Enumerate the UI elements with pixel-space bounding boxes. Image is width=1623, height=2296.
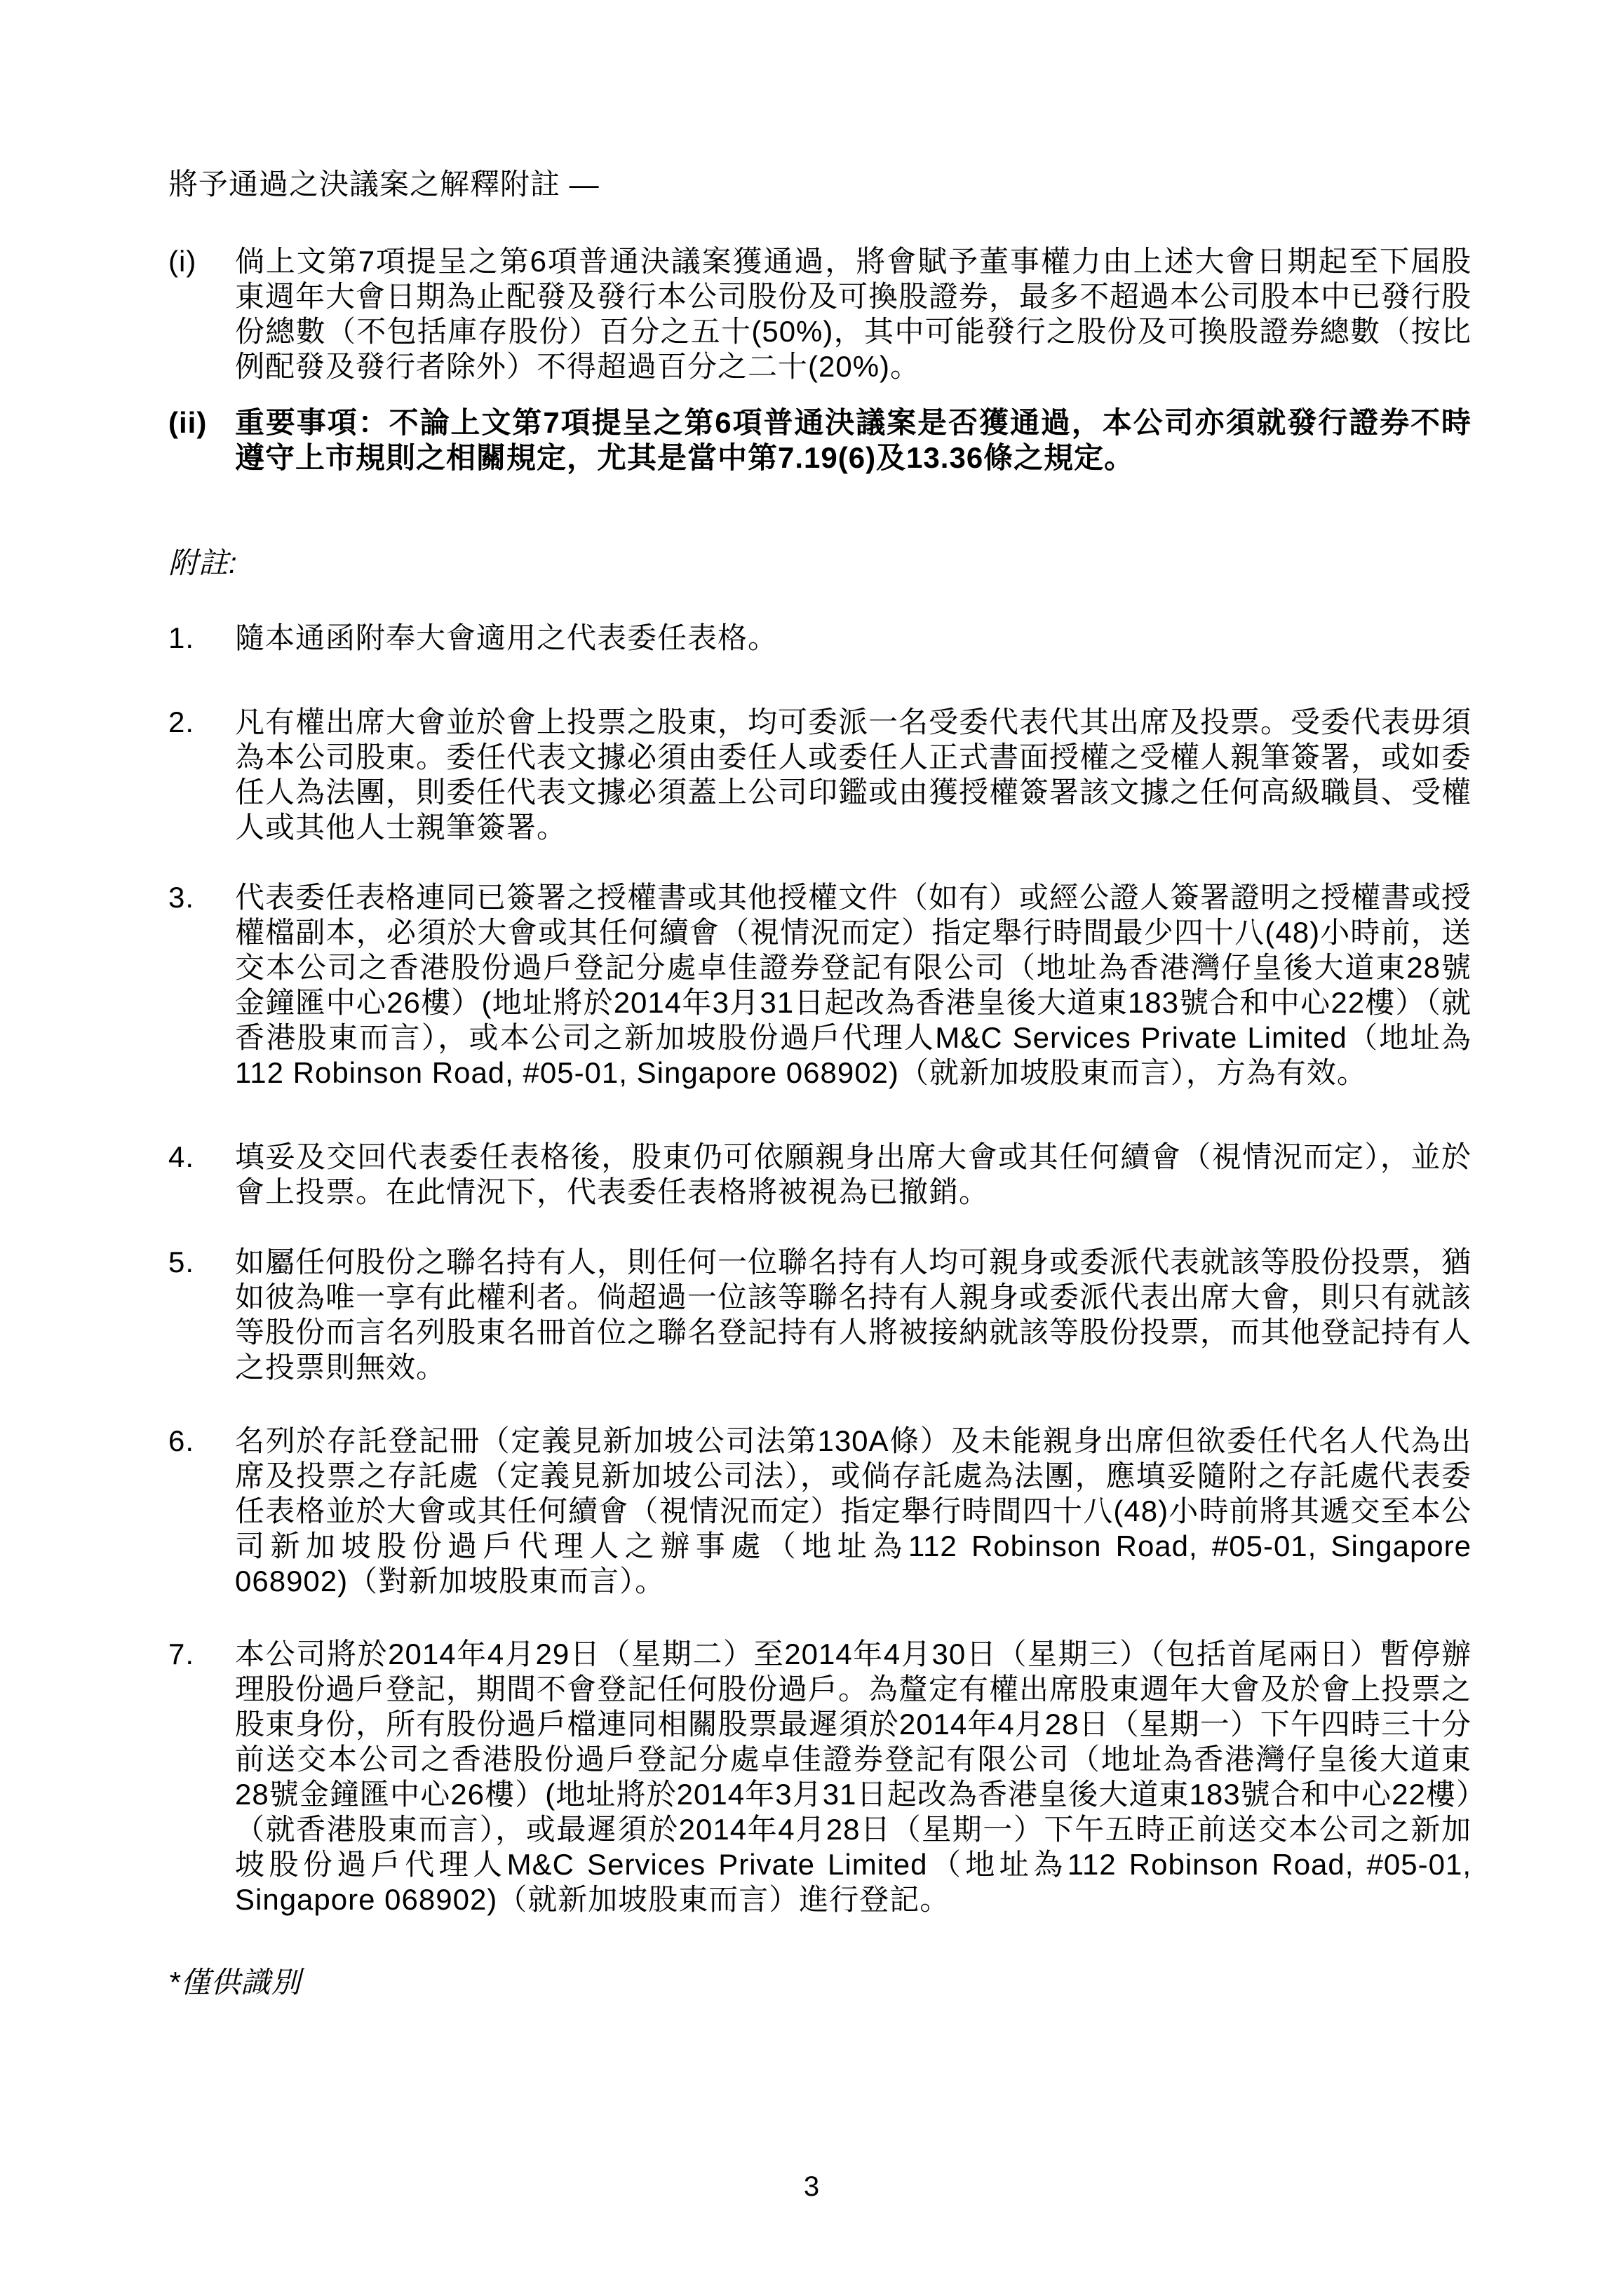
note-item-3-text: 代表委任表格連同已簽署之授權書或其他授權文件（如有）或經公證人簽署證明之授權書或… [235,880,1472,1090]
note-item-5-number: 5. [168,1245,235,1280]
note-item-2: 2. 凡有權出席大會並於會上投票之股東，均可委派一名受委代表代其出席及投票。受委… [168,705,1472,845]
resolution-note-ii-text: 重要事項：不論上文第7項提呈之第6項普通決議案是否獲通過，本公司亦須就發行證券不… [235,405,1472,475]
note-item-2-text: 凡有權出席大會並於會上投票之股東，均可委派一名受委代表代其出席及投票。受委代表毋… [235,705,1472,845]
note-item-5-text: 如屬任何股份之聯名持有人，則任何一位聯名持有人均可親身或委派代表就該等股份投票，… [235,1245,1472,1385]
resolution-note-i-text: 倘上文第7項提呈之第6項普通決議案獲通過，將會賦予董事權力由上述大會日期起至下屆… [235,244,1472,384]
note-item-6-text: 名列於存託登記冊（定義見新加坡公司法第130A條）及未能親身出席但欲委任代名人代… [235,1424,1472,1599]
note-item-7: 7. 本公司將於2014年4月29日（星期二）至2014年4月30日（星期三）（… [168,1637,1472,1917]
resolution-note-i-number: (i) [168,244,235,279]
note-item-4-text: 填妥及交回代表委任表格後，股東仍可依願親身出席大會或其任何續會（視情況而定），並… [235,1140,1472,1210]
note-item-3: 3. 代表委任表格連同已簽署之授權書或其他授權文件（如有）或經公證人簽署證明之授… [168,880,1472,1090]
note-item-4-number: 4. [168,1140,235,1175]
note-item-1: 1. 隨本通函附奉大會適用之代表委任表格。 [168,621,1472,656]
note-item-5: 5. 如屬任何股份之聯名持有人，則任何一位聯名持有人均可親身或委派代表就該等股份… [168,1245,1472,1385]
page-number: 3 [0,2169,1623,2204]
note-item-4: 4. 填妥及交回代表委任表格後，股東仍可依願親身出席大會或其任何續會（視情況而定… [168,1140,1472,1210]
note-item-3-number: 3. [168,880,235,915]
section-heading: 將予通過之決議案之解釋附註 — [168,167,1472,202]
note-item-1-text: 隨本通函附奉大會適用之代表委任表格。 [235,621,1472,656]
identification-footnote: *僅供識別 [168,1965,1472,2000]
note-item-6-number: 6. [168,1424,235,1459]
notes-section-label: 附註: [168,546,1472,581]
document-page: 將予通過之決議案之解釋附註 — (i) 倘上文第7項提呈之第6項普通決議案獲通過… [0,0,1623,2296]
page-content: 將予通過之決議案之解釋附註 — (i) 倘上文第7項提呈之第6項普通決議案獲通過… [168,0,1472,2000]
note-item-7-text: 本公司將於2014年4月29日（星期二）至2014年4月30日（星期三）（包括首… [235,1637,1472,1917]
note-item-1-number: 1. [168,621,235,656]
resolution-note-ii: (ii) 重要事項：不論上文第7項提呈之第6項普通決議案是否獲通過，本公司亦須就… [168,405,1472,475]
note-item-2-number: 2. [168,705,235,740]
note-item-6: 6. 名列於存託登記冊（定義見新加坡公司法第130A條）及未能親身出席但欲委任代… [168,1424,1472,1599]
note-item-7-number: 7. [168,1637,235,1672]
resolution-note-i: (i) 倘上文第7項提呈之第6項普通決議案獲通過，將會賦予董事權力由上述大會日期… [168,244,1472,384]
resolution-note-ii-number: (ii) [168,405,235,440]
